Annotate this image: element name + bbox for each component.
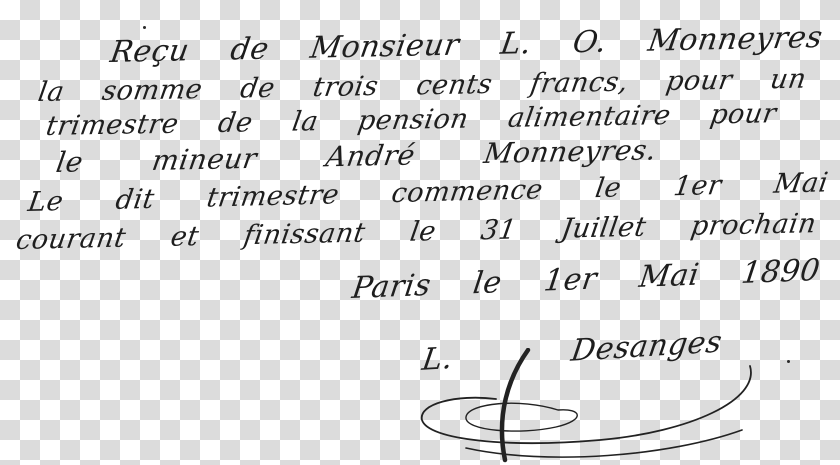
- signature-flourish: [408, 348, 808, 465]
- ink-speck: [336, 37, 339, 40]
- transparency-checkerboard: Reçu de Monsieur L. O. Monneyres la somm…: [0, 0, 840, 465]
- handwriting-line-4: le mineur André Monneyres.: [54, 135, 659, 178]
- dateline-paris: Paris le 1er Mai 1890: [350, 254, 822, 305]
- handwriting-line-6: courant et finissant le 31 Juillet proch…: [14, 209, 818, 256]
- handwriting-line-1: Reçu de Monsieur L. O. Monneyres: [108, 21, 825, 69]
- ink-speck: [787, 360, 790, 363]
- ink-speck: [143, 26, 146, 29]
